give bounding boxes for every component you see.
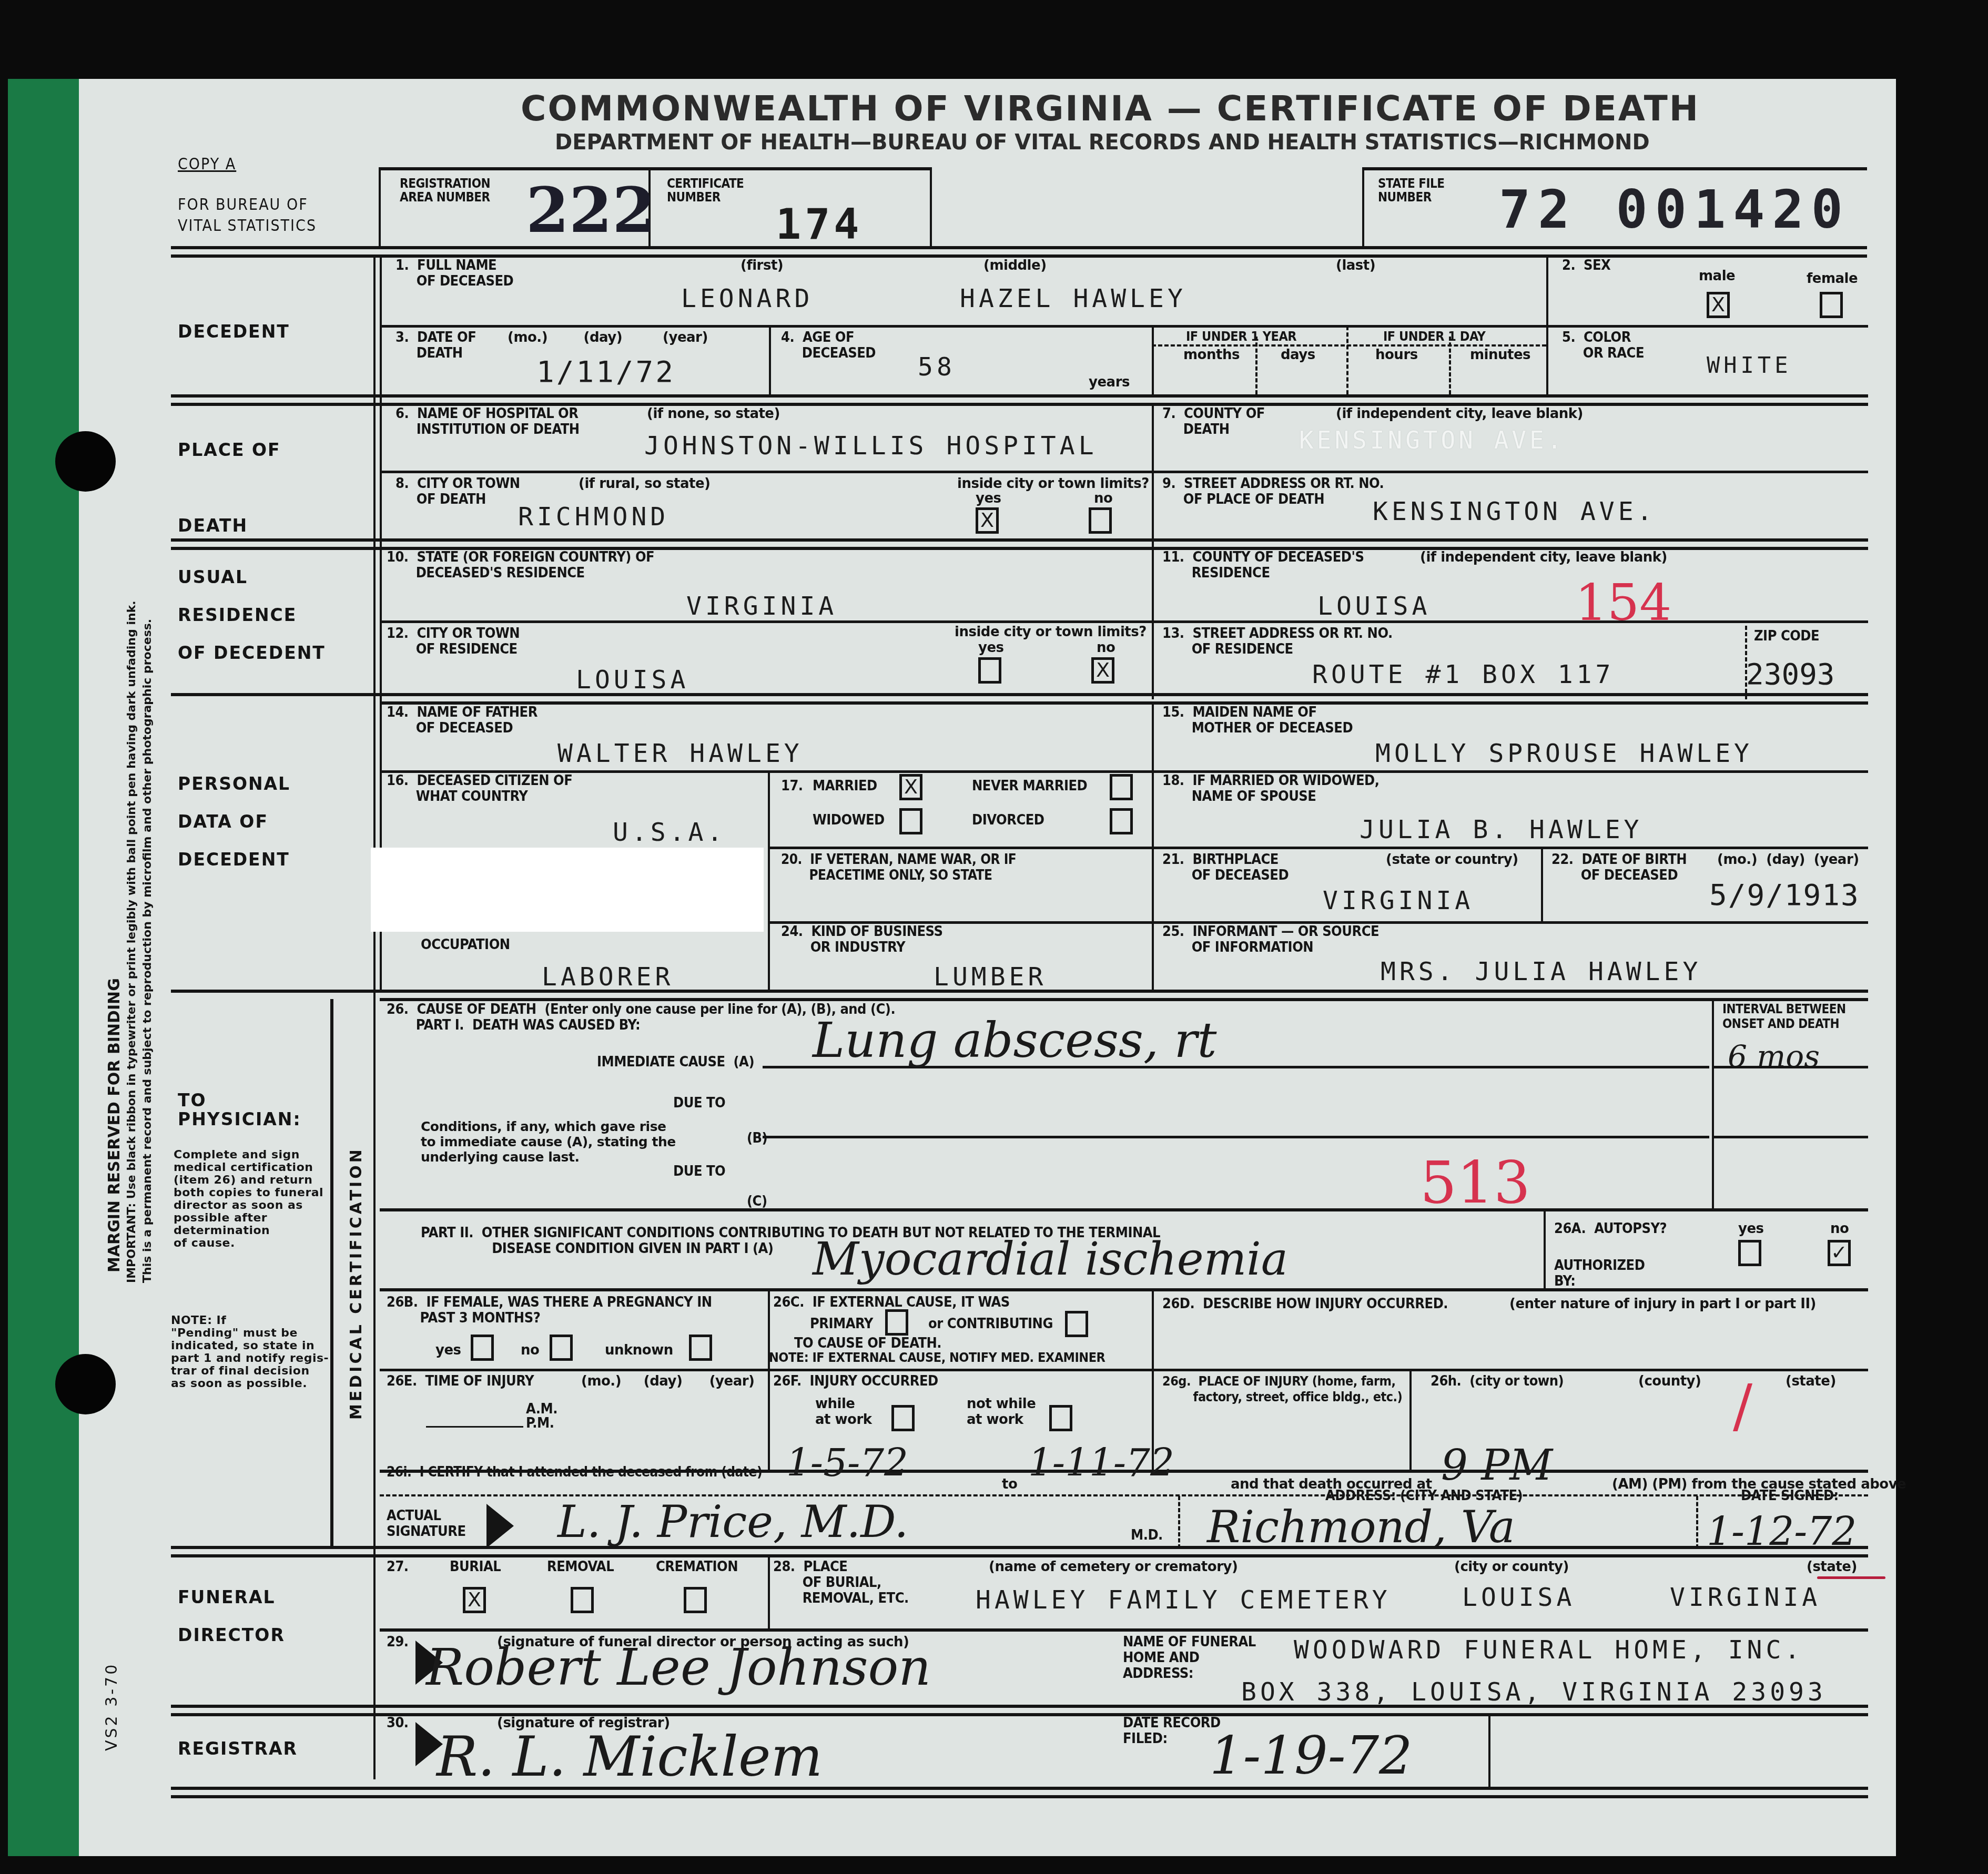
date-signed-label: DATE SIGNED:: [1741, 1488, 1839, 1504]
rule: [171, 1554, 1868, 1557]
certificate-subtitle: DEPARTMENT OF HEALTH—BUREAU OF VITAL REC…: [555, 130, 1650, 155]
field-28-label: 28. PLACE OF BURIAL, REMOVAL, ETC.: [773, 1559, 909, 1606]
date-filed-value: 1-19-72: [1210, 1725, 1413, 1786]
red-injury-mark: /: [1733, 1372, 1752, 1440]
signature-arrow-icon: [486, 1504, 514, 1548]
county-residence-value: LOUISA: [1317, 592, 1431, 621]
copy-label: COPY A: [178, 157, 236, 172]
father-name-value: WALTER HAWLEY: [557, 739, 803, 768]
burial-city-value: LOUISA: [1462, 1583, 1575, 1612]
not-while-at-work-label: not while at work: [967, 1396, 1036, 1428]
rule: [1488, 1714, 1490, 1788]
field-30-label: 30.: [387, 1715, 409, 1731]
rule: [171, 538, 1868, 542]
margin-important-text: IMPORTANT: Use black ribbon in typewrite…: [125, 600, 138, 1283]
street-residence-value: ROUTE #1 BOX 117: [1312, 660, 1614, 689]
due-to-2-label: DUE TO: [673, 1164, 725, 1179]
rule: [171, 1705, 1868, 1708]
zip-label: ZIP CODE: [1754, 628, 1819, 644]
pm-label: P.M.: [526, 1415, 554, 1431]
while-at-work-label: while at work: [815, 1396, 872, 1428]
pregnancy-yes-checkbox[interactable]: [471, 1335, 494, 1361]
hospital-value: JOHNSTON-WILLIS HOSPITAL: [644, 431, 1098, 461]
rule: [1541, 848, 1543, 921]
never-married-label: NEVER MARRIED: [972, 778, 1087, 794]
rule: [380, 325, 1868, 328]
street-of-death-value: KENSINGTON AVE.: [1373, 497, 1656, 526]
male-checkbox[interactable]: X: [1707, 292, 1730, 318]
section-decedent: DECEDENT: [178, 313, 290, 351]
death-time-value: 9 PM: [1441, 1441, 1553, 1490]
injury-date-hints: (mo.) (day) (year): [581, 1373, 754, 1389]
city-residence-yes-label: yes: [978, 640, 1004, 656]
rule: [1409, 1370, 1412, 1470]
external-contributing-label: or CONTRIBUTING: [928, 1316, 1053, 1332]
rule: [380, 1628, 1868, 1632]
section-funeral-director: FUNERAL DIRECTOR: [178, 1588, 285, 1645]
female-checkbox[interactable]: [1820, 292, 1843, 318]
city-of-death-value: RICHMOND: [518, 502, 669, 532]
field-8-label: 8. CITY OR TOWN OF DEATH: [395, 476, 520, 507]
rule: [1546, 326, 1548, 394]
physician-signature[interactable]: L. J. Price, M.D.: [557, 1496, 908, 1547]
city-death-yes-label: yes: [976, 491, 1001, 506]
rule: [1712, 1066, 1868, 1068]
field-26c-label: 26c. IF EXTERNAL CAUSE, IT WAS: [773, 1295, 1010, 1310]
rule: [380, 701, 1868, 705]
field-27-label: 27.: [387, 1559, 409, 1575]
rule: [171, 1795, 1868, 1798]
field-26d-label: 26d. DESCRIBE HOW INJURY OCCURRED.: [1162, 1296, 1448, 1312]
autopsy-no-checkbox[interactable]: ✓: [1828, 1240, 1851, 1266]
county-residence-hint: (if independent city, leave blank): [1420, 549, 1667, 565]
cemetery-hint: (name of cemetery or crematory): [989, 1559, 1238, 1575]
certificate-number-label: CERTIFICATE NUMBER: [667, 177, 744, 204]
under-day-label: IF UNDER 1 DAY: [1383, 329, 1485, 344]
burial-city-hint: (city or county): [1454, 1559, 1569, 1575]
field-26d-hint: (enter nature of injury in part I or par…: [1509, 1296, 1816, 1312]
autopsy-no-label: no: [1830, 1221, 1849, 1237]
rule: [768, 1291, 770, 1470]
middle-hint: (middle): [983, 258, 1047, 273]
burial-state-hint: (state): [1807, 1559, 1857, 1575]
minutes-label: minutes: [1470, 347, 1530, 363]
city-residence-no-label: no: [1097, 640, 1115, 656]
state-file-label: STATE FILE NUMBER: [1378, 177, 1445, 204]
state-file-number: 72 001420: [1499, 179, 1850, 240]
birthplace-hint: (state or country): [1386, 852, 1518, 868]
rule: [171, 1787, 1868, 1790]
physician-address-value: Richmond, Va: [1207, 1501, 1515, 1553]
city-death-hint: (if rural, so state): [579, 476, 710, 492]
certificate-title: COMMONWEALTH OF VIRGINIA — CERTIFICATE O…: [521, 88, 1700, 129]
interval-label: INTERVAL BETWEEN ONSET AND DEATH: [1722, 1002, 1846, 1031]
funeral-home-address: BOX 338, LOUISA, VIRGINIA 23093: [1241, 1677, 1827, 1707]
c-label: (C): [747, 1194, 767, 1209]
married-checkbox[interactable]: X: [899, 774, 922, 800]
state-residence-value: VIRGINIA: [686, 592, 837, 621]
spouse-name-value: JULIA B. HAWLEY: [1360, 815, 1642, 844]
field-4-label: 4. AGE OF DECEASED: [781, 330, 876, 361]
certificate-number: 174: [776, 200, 863, 249]
not-while-at-work-checkbox[interactable]: [1049, 1405, 1072, 1431]
rule: [171, 1546, 1868, 1549]
field-26b-label: 26b. IF FEMALE, WAS THERE A PREGNANCY IN…: [387, 1295, 712, 1326]
race-value: WHITE: [1707, 352, 1791, 378]
while-at-work-checkbox[interactable]: [891, 1405, 915, 1431]
immediate-cause-label: IMMEDIATE CAUSE (A): [597, 1054, 754, 1070]
autopsy-label: 26a. AUTOPSY?: [1554, 1221, 1667, 1237]
part-2-value: Myocardial ischemia: [813, 1233, 1288, 1286]
rule: [768, 847, 1868, 849]
to-cause-label: TO CAUSE OF DEATH.: [794, 1336, 941, 1351]
rule: [379, 167, 381, 246]
cremation-checkbox[interactable]: [684, 1587, 707, 1613]
county-death-ghost-value: KENSINGTON AVE.: [1299, 426, 1565, 454]
funeral-director-signature[interactable]: Robert Lee Johnson: [426, 1638, 931, 1697]
field-26f-label: 26f. INJURY OCCURRED: [773, 1373, 938, 1389]
date-hints: (mo.) (day) (year): [508, 330, 708, 345]
field-7-label: 7. COUNTY OF DEATH: [1162, 406, 1265, 437]
field-5-label: 5. COLOR OR RACE: [1562, 330, 1644, 361]
rule: [930, 167, 932, 246]
field-26i-label: 26i. I CERTIFY that I attended the decea…: [387, 1464, 762, 1480]
under-year-label: IF UNDER 1 YEAR: [1186, 329, 1296, 344]
female-label: female: [1807, 271, 1858, 287]
autopsy-yes-checkbox[interactable]: [1738, 1240, 1761, 1266]
rule: [769, 326, 771, 394]
field-18-label: 18. IF MARRIED OR WIDOWED, NAME OF SPOUS…: [1162, 773, 1379, 804]
rule: [1696, 1496, 1698, 1549]
informant-value: MRS. JULIA HAWLEY: [1381, 957, 1701, 986]
external-primary-checkbox[interactable]: [885, 1309, 908, 1336]
rule: [171, 1713, 1868, 1716]
attended-from-value: 1-5-72: [786, 1441, 908, 1485]
city-death-no-checkbox[interactable]: [1089, 507, 1112, 534]
funeral-home-label: NAME OF FUNERAL HOME AND ADDRESS:: [1123, 1634, 1256, 1682]
burial-label: BURIAL: [450, 1559, 501, 1575]
pregnancy-unknown-label: unknown: [605, 1342, 673, 1358]
years-label: years: [1089, 374, 1130, 390]
date-of-death-value: 1/11/72: [536, 355, 675, 389]
field-11-label: 11. COUNTY OF DECEASED'S RESIDENCE: [1162, 549, 1364, 581]
rule: [1362, 167, 1867, 170]
city-residence-no-checkbox[interactable]: X: [1091, 657, 1114, 684]
rule: [330, 999, 333, 1549]
field-29-label: 29.: [387, 1634, 409, 1650]
rule: [380, 770, 1868, 773]
county-death-hint: (if independent city, leave blank): [1336, 406, 1583, 422]
business-value: LUMBER: [934, 962, 1047, 992]
field-3-label: 3. DATE OF DEATH: [395, 330, 476, 361]
registration-area-label: REGISTRATION AREA NUMBER: [400, 177, 490, 204]
field-13-label: 13. STREET ADDRESS OR RT. NO. OF RESIDEN…: [1162, 626, 1393, 657]
red-mark: [1817, 1576, 1885, 1579]
rule: [1346, 326, 1348, 394]
conditions-note: Conditions, if any, which gave rise to i…: [421, 1119, 676, 1165]
authorized-by-label: AUTHORIZED BY:: [1554, 1258, 1645, 1289]
widowed-label: WIDOWED: [813, 812, 885, 828]
external-primary-label: PRIMARY: [810, 1316, 873, 1332]
immediate-cause-value: Lung abscess, rt: [813, 1012, 1217, 1068]
actual-signature-label: ACTUAL SIGNATURE: [387, 1508, 466, 1540]
city-residence-limits-question: inside city or town limits?: [955, 624, 1147, 640]
pregnancy-no-checkbox[interactable]: [550, 1335, 573, 1361]
burial-checkbox[interactable]: X: [463, 1587, 486, 1613]
field-17-label: 17.: [781, 778, 803, 794]
field-20-label: 20. IF VETERAN, name war, or if peacetim…: [781, 852, 1016, 883]
field-16-label: 16. DECEASED CITIZEN OF WHAT COUNTRY: [387, 773, 572, 804]
rule: [171, 693, 1868, 696]
days-label: days: [1281, 347, 1315, 363]
pending-note: NOTE: If "Pending" must be indicated, so…: [171, 1315, 329, 1390]
margin-binding-text: MARGIN RESERVED FOR BINDING: [105, 978, 124, 1272]
section-usual-residence: USUAL RESIDENCE OF DECEDENT: [178, 558, 326, 672]
field-23-label: OCCUPATION: [421, 937, 510, 953]
to-label: to: [1002, 1476, 1017, 1492]
physician-instructions: Complete and sign medical certification …: [174, 1149, 323, 1250]
divorced-label: DIVORCED: [972, 812, 1044, 828]
rule: [768, 1555, 770, 1629]
rule: [1712, 999, 1714, 1209]
due-to-1-label: DUE TO: [673, 1095, 725, 1111]
rule: [171, 990, 1868, 993]
hours-label: hours: [1375, 347, 1418, 363]
autopsy-yes-label: yes: [1738, 1221, 1764, 1237]
birthplace-value: VIRGINIA: [1323, 886, 1474, 915]
field-15-label: 15. MAIDEN NAME OF MOTHER OF DECEASED: [1162, 705, 1353, 736]
birth-date-hints: (mo.) (day) (year): [1717, 852, 1859, 868]
rule: [380, 1369, 1868, 1371]
green-binding-stripe: [8, 79, 79, 1856]
registration-area-number: 222: [526, 174, 655, 247]
age-value: 58: [918, 352, 956, 382]
hospital-hint: (if none, so state): [647, 406, 780, 422]
rule: [426, 1426, 523, 1428]
pregnancy-no-label: no: [521, 1342, 539, 1358]
city-residence-yes-checkbox[interactable]: [978, 657, 1001, 684]
field-10-label: 10. STATE (OR FOREIGN COUNTRY) OF DECEAS…: [387, 549, 654, 581]
rule: [1362, 167, 1364, 246]
rule: [379, 167, 931, 170]
field-24-label: 24. KIND OF BUSINESS OR INDUSTRY: [781, 924, 942, 955]
zip-value: 23093: [1746, 657, 1835, 691]
pregnancy-unknown-checkbox[interactable]: [689, 1335, 712, 1361]
rule: [1546, 254, 1548, 326]
rule: [380, 620, 1868, 623]
cemetery-value: HAWLEY FAMILY CEMETERY: [976, 1585, 1391, 1615]
divorced-checkbox[interactable]: [1110, 808, 1133, 834]
section-place-of-death: PLACE OF DEATH: [178, 431, 281, 545]
rule: [1152, 1291, 1154, 1370]
cremation-label: CREMATION: [656, 1559, 738, 1575]
rule: [373, 254, 376, 1779]
removal-label: REMOVAL: [547, 1559, 614, 1575]
male-label: male: [1699, 268, 1735, 284]
redaction-box: [371, 848, 764, 932]
city-death-limits-question: inside city or town limits?: [957, 476, 1149, 492]
attended-to-value: 1-11-72: [1028, 1441, 1174, 1485]
months-label: months: [1183, 347, 1240, 363]
first-hint: (first): [741, 258, 783, 273]
rule: [1544, 1210, 1546, 1289]
field-1-label: 1. FULL NAME OF DECEASED: [395, 258, 513, 289]
birth-date-value: 5/9/1913: [1709, 878, 1860, 912]
pregnancy-yes-label: yes: [435, 1342, 461, 1358]
field-26h-label: 26h. (city or town): [1431, 1373, 1564, 1389]
field-2-label: 2. SEX: [1562, 258, 1610, 273]
citizenship-value: U.S.A.: [613, 818, 726, 847]
rule: [171, 246, 1867, 249]
field-22-label: 22. DATE OF BIRTH OF DECEASED: [1551, 852, 1687, 883]
punch-hole-top: [55, 431, 116, 492]
red-county-code: 154: [1575, 573, 1671, 632]
field-6-label: 6. NAME OF HOSPITAL OR INSTITUTION OF DE…: [395, 406, 580, 437]
field-14-label: 14. NAME OF FATHER OF DECEASED: [387, 705, 537, 736]
section-to-physician: TO PHYSICIAN:: [178, 1091, 301, 1129]
occupation-value: LABORER: [542, 962, 674, 992]
rule: [1178, 1496, 1180, 1549]
field-25-label: 25. INFORMANT — OR SOURCE OF INFORMATION: [1162, 924, 1379, 955]
rule: [1152, 344, 1546, 347]
last-hint: (last): [1336, 258, 1375, 273]
md-label: M.D.: [1131, 1527, 1163, 1543]
field-26e-label: 26e. TIME OF INJURY: [387, 1373, 534, 1389]
field-12-label: 12. CITY OR TOWN OF RESIDENCE: [387, 626, 520, 657]
city-death-yes-checkbox[interactable]: X: [976, 507, 999, 534]
first-name-value: LEONARD: [681, 284, 813, 313]
registrar-signature[interactable]: R. L. Micklem: [437, 1725, 823, 1789]
rule: [763, 1136, 1709, 1138]
rule: [380, 1208, 1868, 1211]
city-residence-value: LOUISA: [576, 665, 689, 695]
burial-state-value: VIRGINIA: [1670, 1583, 1821, 1612]
rule: [1712, 1136, 1868, 1138]
rule: [768, 771, 770, 992]
funeral-home-name: WOODWARD FUNERAL HOME, INC.: [1294, 1635, 1803, 1665]
form-number: VS2 3-70: [103, 1663, 121, 1751]
rule: [1152, 326, 1154, 394]
section-personal-data: PERSONAL DATA OF DECEDENT: [178, 765, 290, 879]
punch-hole-bottom: [55, 1354, 116, 1414]
interval-value: 6 mos: [1728, 1038, 1820, 1074]
rule: [171, 394, 1868, 398]
city-death-no-label: no: [1094, 491, 1112, 506]
external-note: NOTE: IF EXTERNAL CAUSE, NOTIFY MED. EXA…: [769, 1350, 1105, 1366]
section-registrar: REGISTRAR: [178, 1730, 298, 1768]
bureau-label: FOR BUREAU OF VITAL STATISTICS: [178, 195, 317, 237]
never-married-checkbox[interactable]: [1110, 774, 1133, 800]
margin-permanent-text: This is a permanent record and subject t…: [141, 619, 154, 1283]
field-26g-label: 26g. PLACE OF INJURY (home, farm, factor…: [1162, 1373, 1402, 1405]
middle-last-name-value: HAZEL HAWLEY: [960, 284, 1186, 313]
red-cause-code: 513: [1420, 1149, 1530, 1216]
medical-certification-label: MEDICAL CERTIFICATION: [347, 1147, 366, 1420]
widowed-checkbox[interactable]: [899, 808, 922, 834]
external-contributing-checkbox[interactable]: [1065, 1311, 1088, 1337]
married-label: MARRIED: [813, 778, 877, 794]
rule: [1152, 405, 1154, 699]
removal-checkbox[interactable]: [571, 1587, 594, 1613]
b-label: (B): [747, 1130, 767, 1146]
field-21-label: 21. BIRTHPLACE OF DECEASED: [1162, 852, 1289, 883]
field-9-label: 9. STREET ADDRESS OR RT. NO. OF PLACE OF…: [1162, 476, 1384, 507]
injury-state-hint: (state): [1786, 1373, 1836, 1389]
injury-county-hint: (county): [1638, 1373, 1701, 1389]
rule: [380, 471, 1868, 473]
mother-name-value: MOLLY SPROUSE HAWLEY: [1375, 739, 1753, 768]
rule: [380, 1288, 1868, 1291]
date-filed-label: DATE RECORD FILED:: [1123, 1715, 1221, 1747]
